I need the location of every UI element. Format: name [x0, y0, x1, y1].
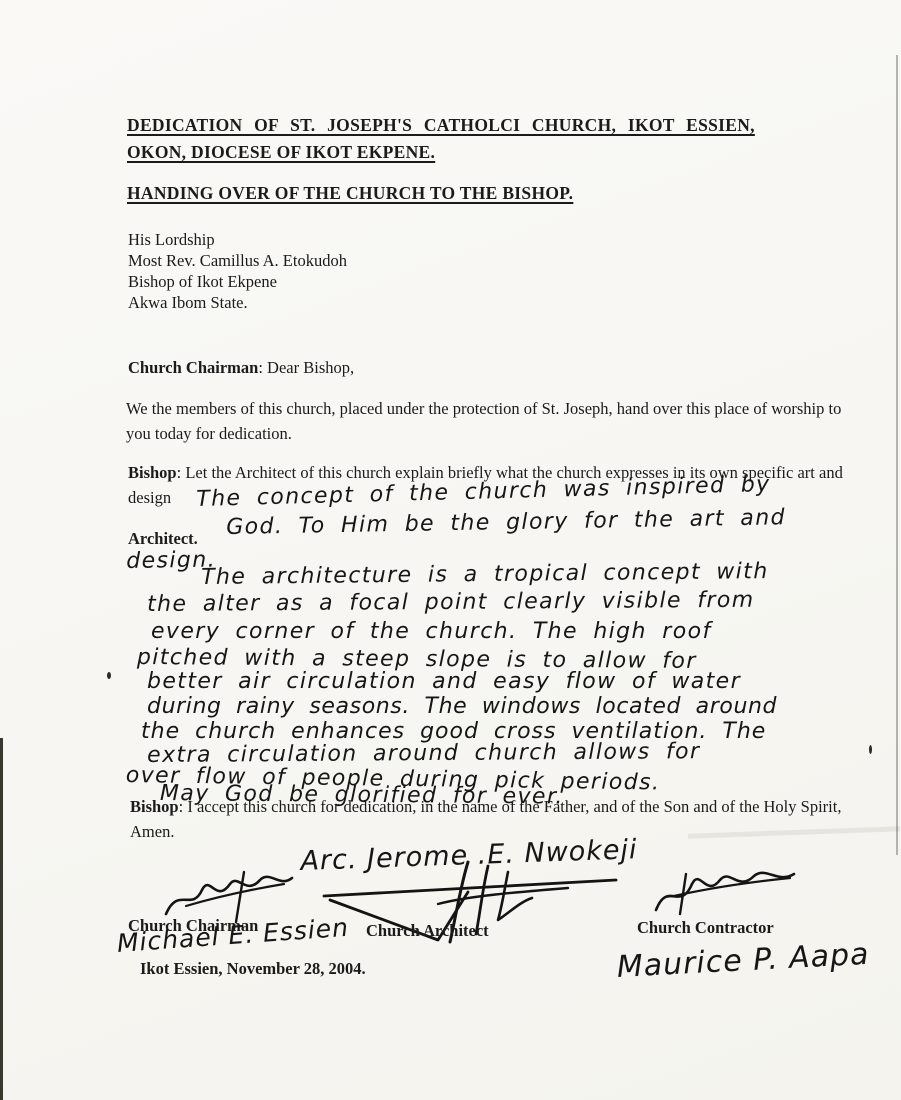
- chairman-speaker-label: Church Chairman: [128, 358, 258, 377]
- place-date-line: Ikot Essien, November 28, 2004.: [140, 959, 366, 979]
- handwritten-line: better air circulation and easy flow of …: [147, 669, 741, 694]
- scan-edge-artifact-left: [0, 738, 3, 1100]
- ink-speck: [107, 672, 111, 679]
- contractor-signature: [650, 866, 800, 918]
- ink-speck: [869, 745, 872, 754]
- handwritten-line: God. To Him be the glory for the art and: [226, 505, 786, 540]
- document-title-line1: DEDICATION OF ST. JOSEPH'S CATHOLCI CHUR…: [127, 112, 755, 139]
- handwritten-line: every corner of the church. The high roo…: [151, 619, 712, 644]
- chairman-greeting-text: : Dear Bishop,: [258, 358, 354, 377]
- address-line: His Lordship: [128, 229, 215, 251]
- document-subtitle: HANDING OVER OF THE CHURCH TO THE BISHOP…: [127, 180, 573, 207]
- address-line: Most Rev. Camillus A. Etokudoh: [128, 250, 347, 272]
- handwritten-line: the alter as a focal point clearly visib…: [147, 588, 755, 617]
- bishop-speaker-label: Bishop: [130, 797, 179, 816]
- contractor-signature-label: Church Contractor: [637, 918, 774, 938]
- architect-signature-label: Church Architect: [366, 921, 489, 941]
- chairman-greeting: Church Chairman: Dear Bishop,: [128, 355, 354, 380]
- handwritten-line: The architecture is a tropical concept w…: [201, 559, 769, 590]
- address-line: Akwa Ibom State.: [128, 292, 248, 314]
- handwritten-line: during rainy seasons. The windows locate…: [147, 694, 777, 719]
- handover-paragraph: We the members of this church, placed un…: [126, 396, 861, 446]
- bishop-speaker-label: Bishop: [128, 463, 177, 482]
- address-line: Bishop of Ikot Ekpene: [128, 271, 277, 293]
- document-title-line2: OKON, DIOCESE OF IKOT EKPENE.: [127, 139, 435, 166]
- bishop-acceptance-paragraph: Bishop: I accept this church for dedicat…: [130, 794, 872, 844]
- scanned-document-page: DEDICATION OF ST. JOSEPH'S CATHOLCI CHUR…: [0, 0, 901, 1100]
- scan-edge-artifact-right: [896, 55, 898, 855]
- contractor-name-handwritten: Maurice P. Aapa: [616, 937, 870, 985]
